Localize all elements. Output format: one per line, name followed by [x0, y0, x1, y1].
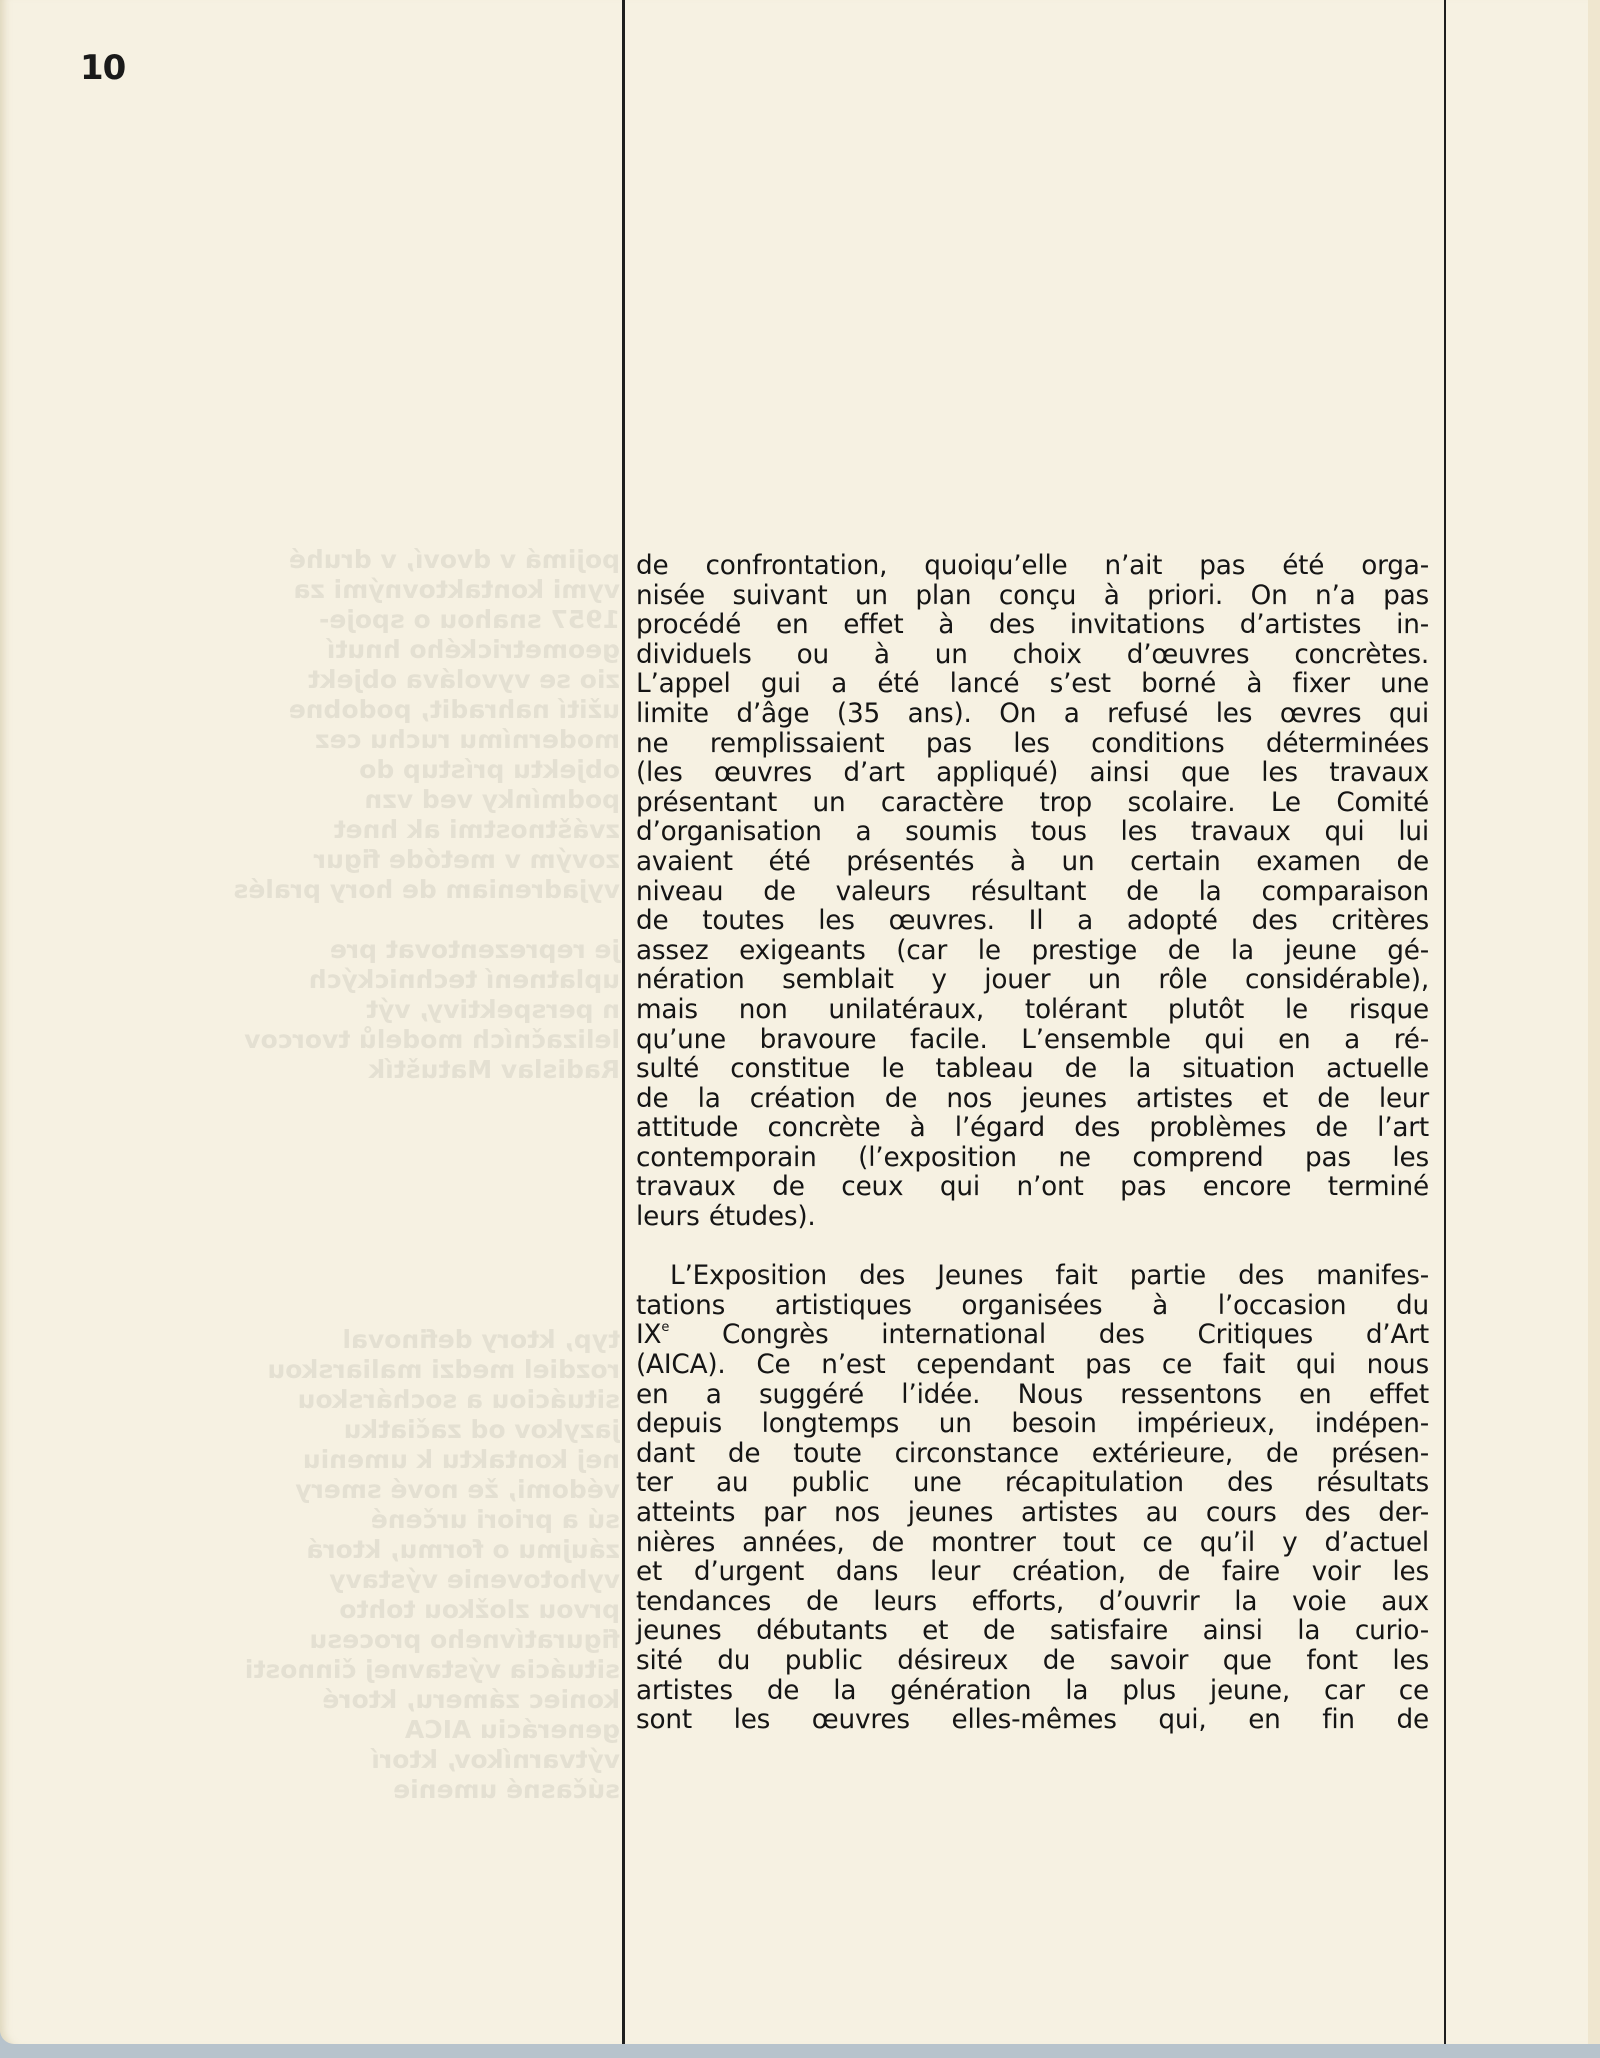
- text-line: tendances de leurs efforts, d’ouvrir la …: [636, 1588, 1429, 1618]
- text-line-ordinal: IXe Congrès international des Critiques …: [636, 1321, 1429, 1351]
- text-line: (les œuvres d’art appliqué) ainsi que le…: [636, 759, 1429, 789]
- ordinal-superscript: e: [661, 1320, 669, 1335]
- text-line: contemporain (l’exposition ne comprend p…: [636, 1144, 1429, 1174]
- text-line: d’organisation a soumis tous les travaux…: [636, 818, 1429, 848]
- text-line: présentant un caractère trop scolaire. L…: [636, 789, 1429, 819]
- column-rule-left: [622, 0, 625, 2044]
- text-line: travaux de ceux qui n’ont pas encore ter…: [636, 1173, 1429, 1203]
- text-line: atteints par nos jeunes artistes au cour…: [636, 1499, 1429, 1529]
- text-line: tations artistiques organisées à l’occas…: [636, 1292, 1429, 1322]
- text-line: sont les œuvres elles-mêmes qui, en fin …: [636, 1706, 1429, 1736]
- text-line: sité du public désireux de savoir que fo…: [636, 1647, 1429, 1677]
- show-through-text-lower: typ, ktory definoval rozdiel medzi malia…: [180, 1325, 620, 1845]
- text-line: de la création de nos jeunes artistes et…: [636, 1085, 1429, 1115]
- text-line: sulté constitue le tableau de la situati…: [636, 1055, 1429, 1085]
- text-line: mais non unilatéraux, tolérant plutôt le…: [636, 996, 1429, 1026]
- text-line: procédé en effet à des invitations d’art…: [636, 611, 1429, 641]
- text-line: et d’urgent dans leur création, de faire…: [636, 1558, 1429, 1588]
- text-line: nération semblait y jouer un rôle consid…: [636, 966, 1429, 996]
- text-line: L’appel gui a été lancé s’est borné à fi…: [636, 670, 1429, 700]
- text-line: assez exigeants (car le prestige de la j…: [636, 937, 1429, 967]
- text-line: attitude concrète à l’égard des problème…: [636, 1114, 1429, 1144]
- ordinal-number: IX: [636, 1320, 661, 1350]
- document-page: 10 pojimá v dvoví, v druhé vymi kontakto…: [0, 0, 1588, 2044]
- text-line: depuis longtemps un besoin impérieux, in…: [636, 1410, 1429, 1440]
- text-line: de confrontation, quoiqu’elle n’ait pas …: [636, 552, 1429, 582]
- text-line-rest: Congrès international des Critiques d’Ar…: [722, 1320, 1429, 1350]
- text-line: dividuels ou à un choix d’œuvres concrèt…: [636, 641, 1429, 671]
- text-line: qu’une bravoure facile. L’ensemble qui e…: [636, 1026, 1429, 1056]
- text-line: L’Exposition des Jeunes fait partie des …: [636, 1262, 1429, 1292]
- show-through-text-upper: pojimá v dvoví, v druhé vymi kontaktovný…: [180, 545, 620, 1085]
- article-column: de confrontation, quoiqu’elle n’ait pas …: [636, 552, 1429, 1736]
- text-line: nisée suivant un plan conçu à priori. On…: [636, 582, 1429, 612]
- text-line: artistes de la génération la plus jeune,…: [636, 1677, 1429, 1707]
- text-line: niveau de valeurs résultant de la compar…: [636, 878, 1429, 908]
- text-line: de toutes les œuvres. Il a adopté des cr…: [636, 907, 1429, 937]
- text-line: ne remplissaient pas les conditions déte…: [636, 730, 1429, 760]
- column-rule-right: [1444, 0, 1446, 2044]
- text-line: en a suggéré l’idée. Nous ressentons en …: [636, 1381, 1429, 1411]
- text-line: limite d’âge (35 ans). On a refusé les œ…: [636, 700, 1429, 730]
- text-line: leurs études).: [636, 1203, 1429, 1233]
- text-line: nières années, de montrer tout ce qu’il …: [636, 1529, 1429, 1559]
- paragraph-gap: [636, 1233, 1429, 1263]
- page-number: 10: [80, 48, 125, 88]
- text-line: dant de toute circonstance extérieure, d…: [636, 1440, 1429, 1470]
- text-line: ter au public une récapitulation des rés…: [636, 1469, 1429, 1499]
- text-line: (AICA). Ce n’est cependant pas ce fait q…: [636, 1351, 1429, 1381]
- text-line: avaient été présentés à un certain exame…: [636, 848, 1429, 878]
- text-line: jeunes débutants et de satisfaire ainsi …: [636, 1617, 1429, 1647]
